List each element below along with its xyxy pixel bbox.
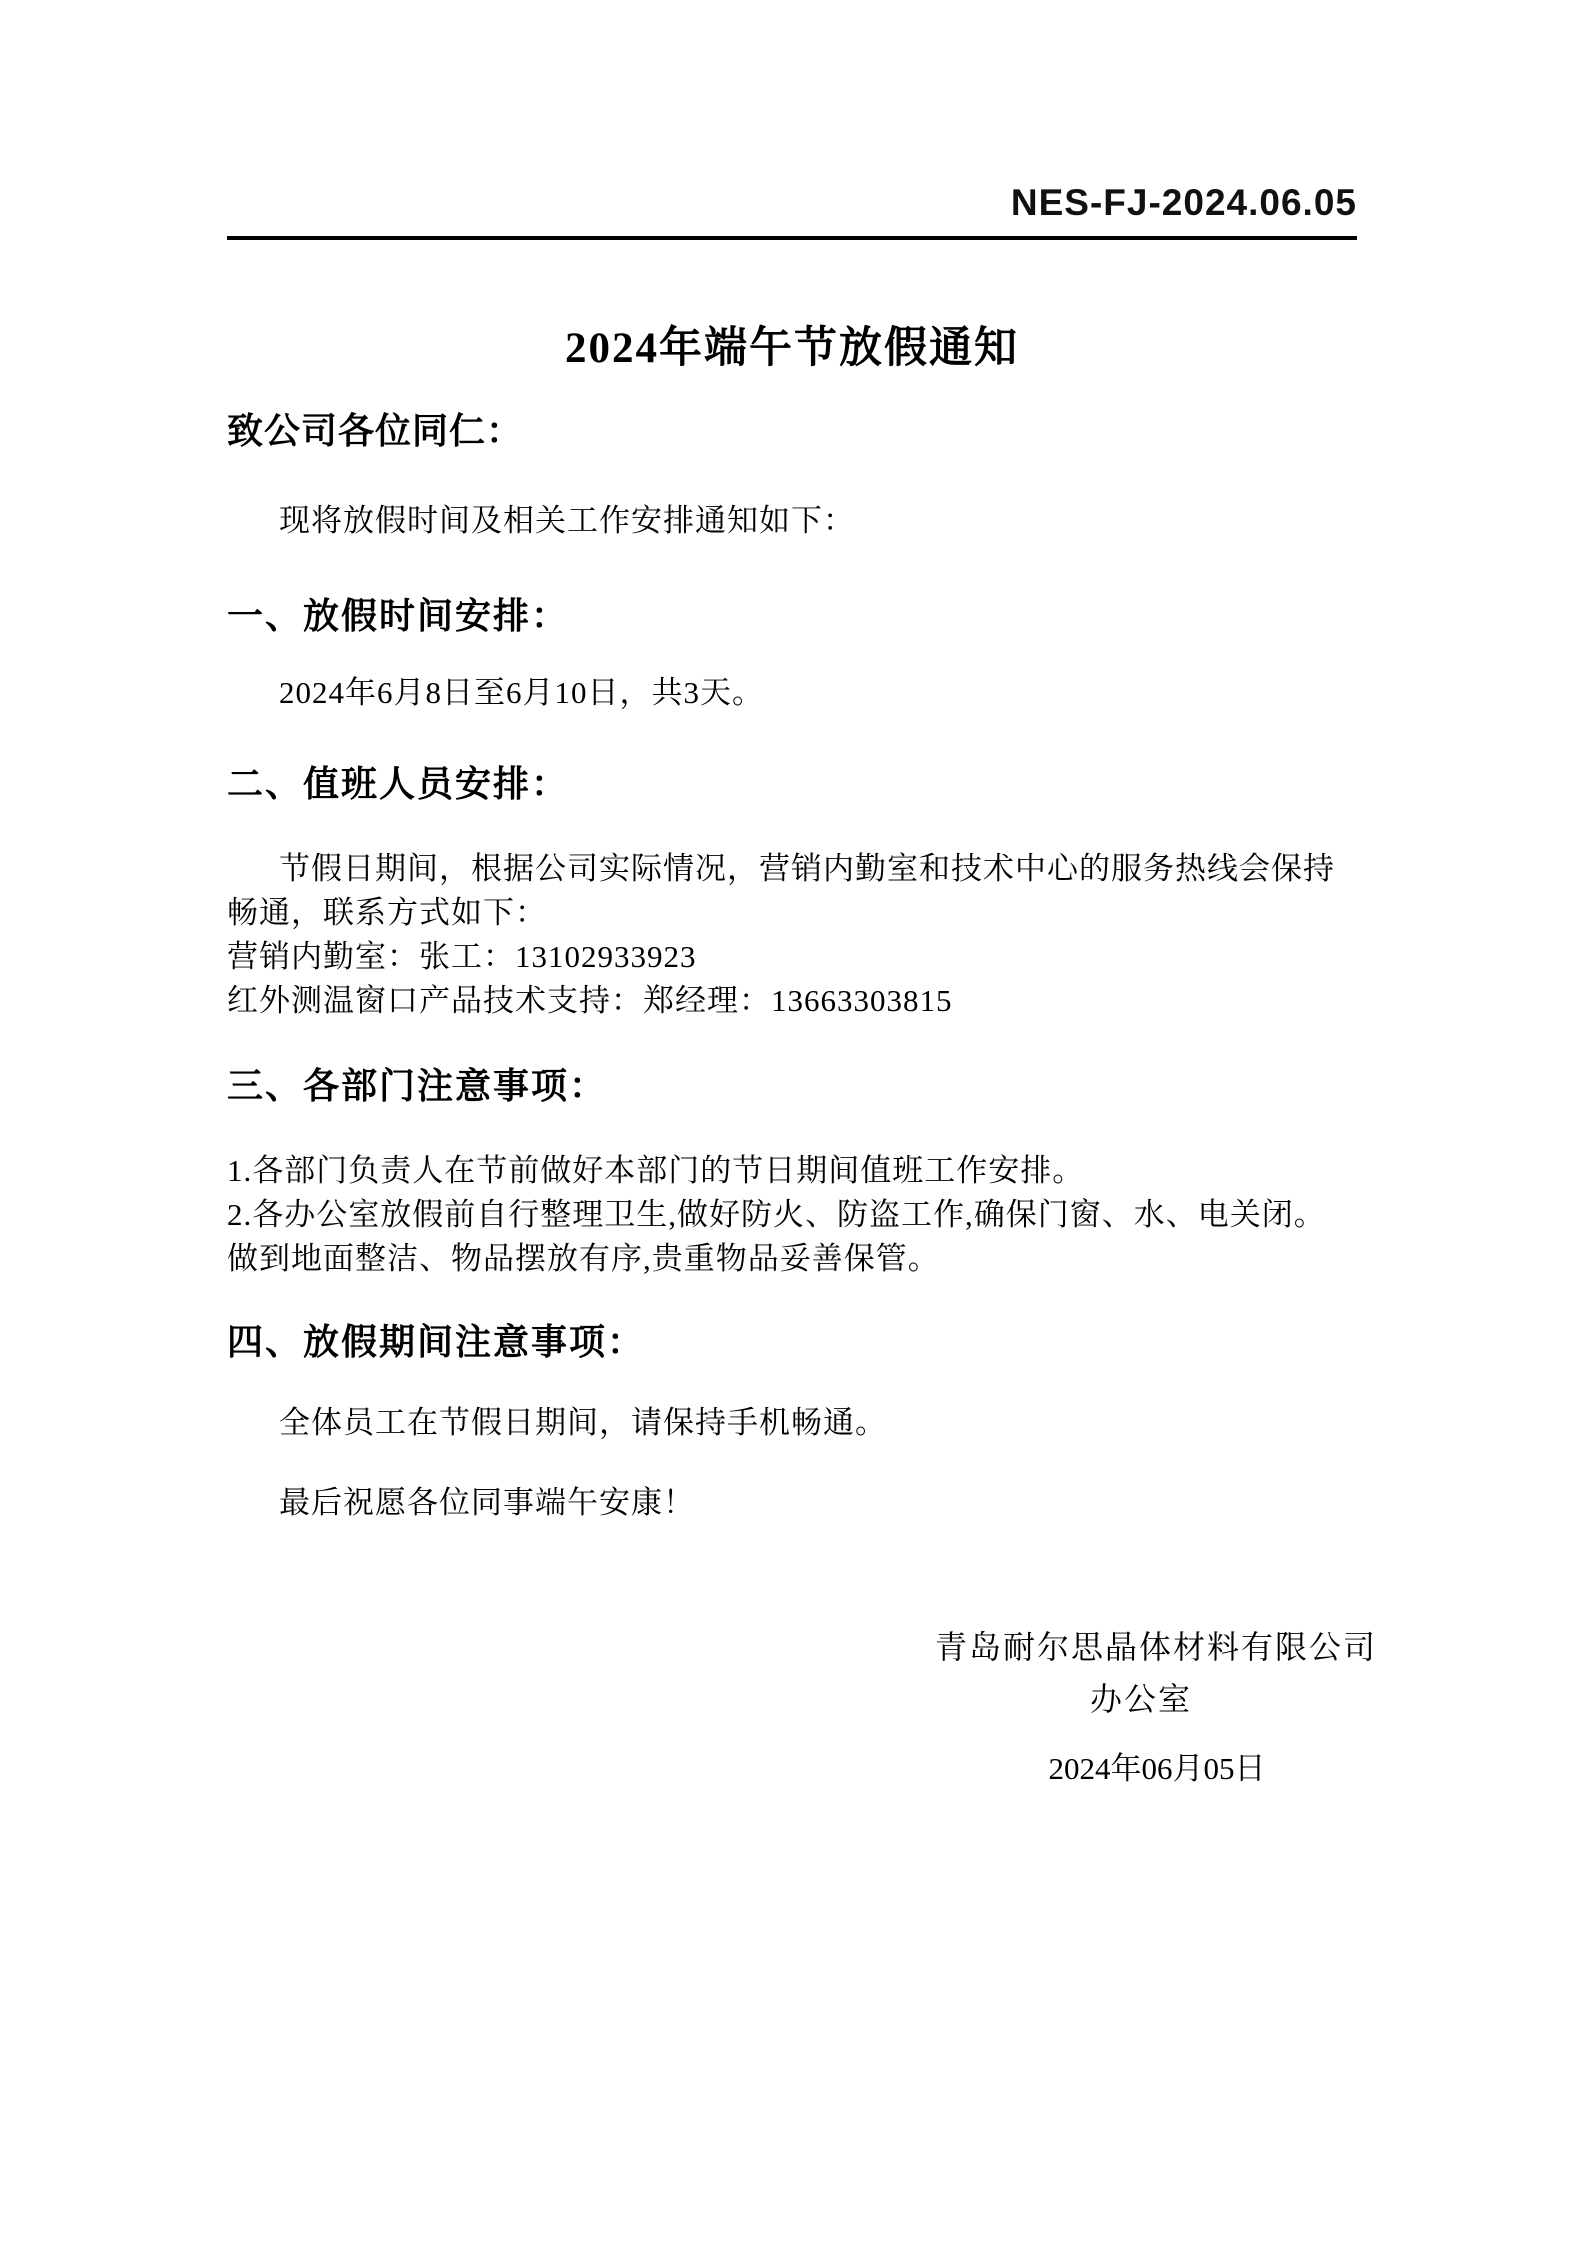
section-2-line-sales-phone: 营销内勤室：张工：13102933923	[227, 935, 1357, 979]
section-holiday-time: 一、放假时间安排： 2024年6月8日至6月10日，共3天。	[227, 593, 1357, 715]
page-title: 2024年端午节放假通知	[227, 325, 1357, 373]
section-2-line-tech-phone: 红外测温窗口产品技术支持：郑经理：13663303815	[227, 979, 1357, 1023]
section-1-heading: 一、放假时间安排：	[227, 593, 1357, 639]
section-holiday-notes: 四、放假期间注意事项： 全体员工在节假日期间，请保持手机畅通。	[227, 1319, 1357, 1445]
signature-block: 青岛耐尔思晶体材料有限公司 办公室	[935, 1621, 1347, 1725]
section-2-line: 畅通，联系方式如下：	[227, 891, 1357, 935]
intro-line: 现将放假时间及相关工作安排通知如下：	[227, 499, 1357, 543]
section-3-line: 1.各部门负责人在节前做好本部门的节日期间值班工作安排。	[227, 1149, 1357, 1193]
signature-date: 2024年06月05日	[1027, 1747, 1287, 1791]
signature-department: 办公室	[935, 1673, 1347, 1725]
section-4-line: 全体员工在节假日期间，请保持手机畅通。	[227, 1401, 1357, 1445]
document-page: NES-FJ-2024.06.05 2024年端午节放假通知 致公司各位同仁： …	[0, 0, 1586, 2244]
section-3-line: 做到地面整洁、物品摆放有序,贵重物品妥善保管。	[227, 1237, 1357, 1281]
section-1-line: 2024年6月8日至6月10日，共3天。	[227, 671, 1357, 715]
header-rule	[227, 236, 1357, 240]
section-duty-staff: 二、值班人员安排： 节假日期间，根据公司实际情况，营销内勤室和技术中心的服务热线…	[227, 761, 1357, 1023]
closing-wish: 最后祝愿各位同事端午安康！	[227, 1481, 1357, 1525]
salutation: 致公司各位同仁：	[227, 409, 1357, 453]
doc-number: NES-FJ-2024.06.05	[227, 183, 1357, 223]
section-4-heading: 四、放假期间注意事项：	[227, 1319, 1357, 1365]
section-2-heading: 二、值班人员安排：	[227, 761, 1357, 807]
document-content: NES-FJ-2024.06.05 2024年端午节放假通知 致公司各位同仁： …	[0, 0, 1586, 1791]
section-3-heading: 三、各部门注意事项：	[227, 1063, 1357, 1109]
section-department-notes: 三、各部门注意事项： 1.各部门负责人在节前做好本部门的节日期间值班工作安排。 …	[227, 1063, 1357, 1281]
section-2-line: 节假日期间，根据公司实际情况，营销内勤室和技术中心的服务热线会保持	[227, 847, 1357, 891]
section-3-line: 2.各办公室放假前自行整理卫生,做好防火、防盗工作,确保门窗、水、电关闭。	[227, 1193, 1357, 1237]
signature-company: 青岛耐尔思晶体材料有限公司	[935, 1621, 1347, 1673]
